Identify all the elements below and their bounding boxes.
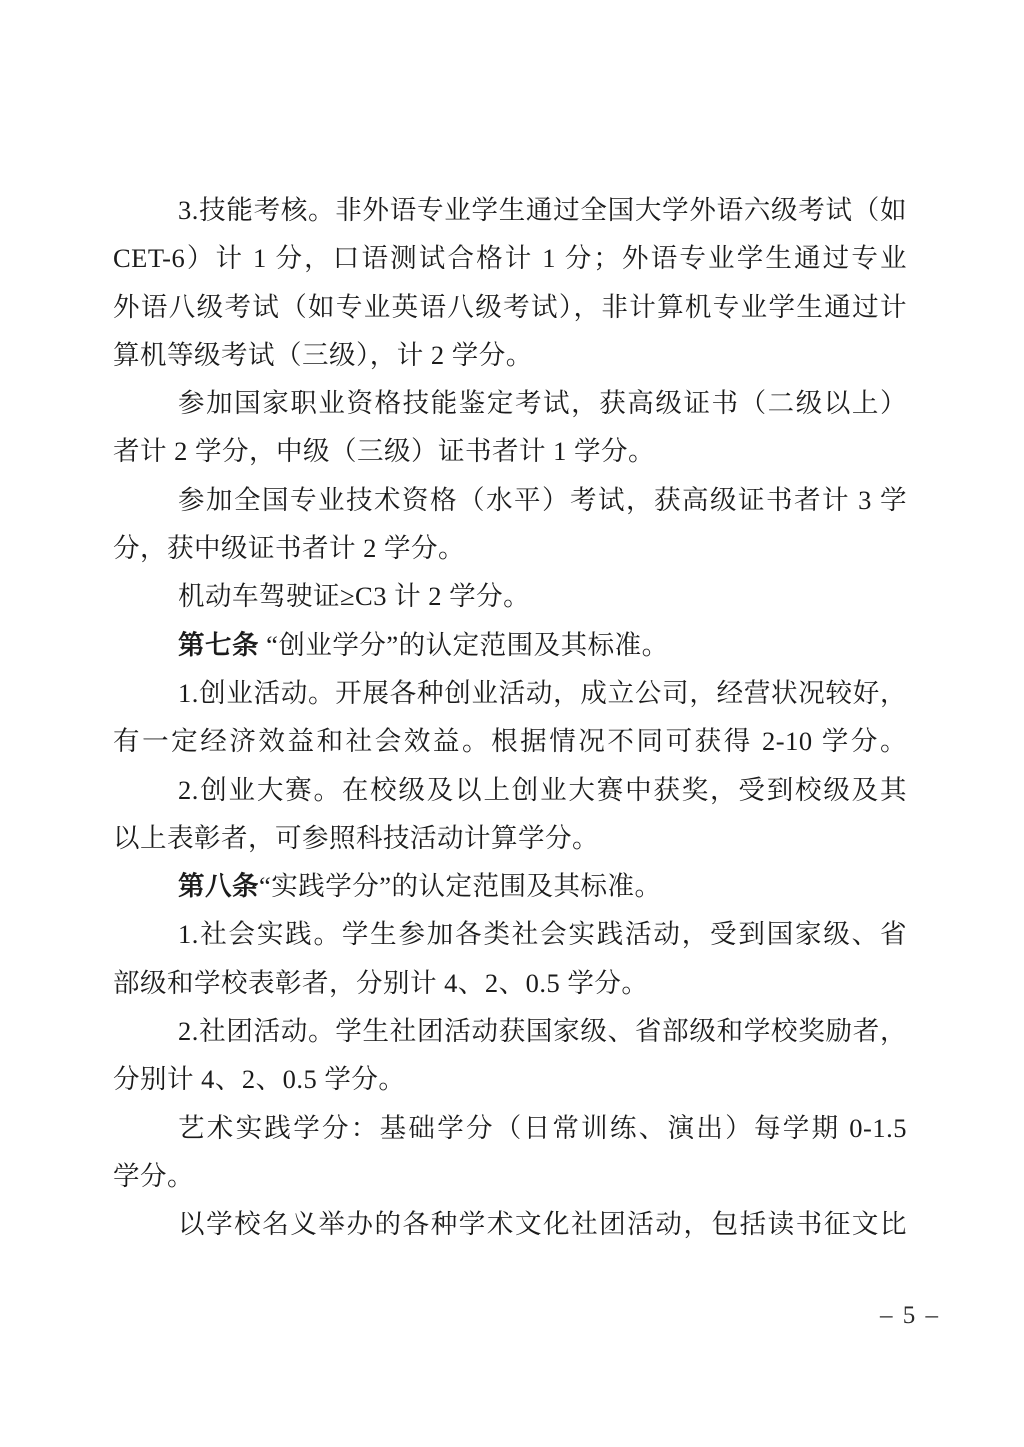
text-line: 参加全国专业技术资格（水平）考试，获高级证书者计 3 学 [113,476,907,524]
text-line: 3.技能考核。非外语专业学生通过全国大学外语六级考试（如 [113,186,907,234]
text-line: 者计 2 学分，中级（三级）证书者计 1 学分。 [113,427,907,475]
text-line: 机动车驾驶证≥C3 计 2 学分。 [113,572,907,620]
text-line: 艺术实践学分：基础学分（日常训练、演出）每学期 0-1.5 [113,1104,907,1152]
text-line: 以上表彰者，可参照科技活动计算学分。 [113,814,907,862]
text-line: 参加国家职业资格技能鉴定考试，获高级证书（二级以上） [113,379,907,427]
text-block: 3.技能考核。非外语专业学生通过全国大学外语六级考试（如CET-6）计 1 分，… [113,186,907,1249]
text-line: 分别计 4、2、0.5 学分。 [113,1055,907,1103]
text-line: 分，获中级证书者计 2 学分。 [113,524,907,572]
text-line: 1.创业活动。开展各种创业活动，成立公司，经营状况较好， [113,669,907,717]
text-line: 学分。 [113,1152,907,1200]
text-line: 以学校名义举办的各种学术文化社团活动，包括读书征文比 [113,1200,907,1248]
text-line: 1.社会实践。学生参加各类社会实践活动，受到国家级、省 [113,910,907,958]
text-line: CET-6）计 1 分，口语测试合格计 1 分；外语专业学生通过专业 [113,234,907,282]
text-line: 算机等级考试（三级），计 2 学分。 [113,331,907,379]
article-heading: 第八条 [178,871,259,901]
text-line: 2.创业大赛。在校级及以上创业大赛中获奖，受到校级及其 [113,766,907,814]
text-line: 2.社团活动。学生社团活动获国家级、省部级和学校奖励者， [113,1007,907,1055]
text-line: 部级和学校表彰者，分别计 4、2、0.5 学分。 [113,959,907,1007]
text-line: 有一定经济效益和社会效益。根据情况不同可获得 2-10 学分。 [113,717,907,765]
text-line: 外语八级考试（如专业英语八级考试），非计算机专业学生通过计 [113,283,907,331]
document-page: 3.技能考核。非外语专业学生通过全国大学外语六级考试（如CET-6）计 1 分，… [0,0,1024,1447]
text-line: 第八条“实践学分”的认定范围及其标准。 [113,862,907,910]
page-number: – 5 – [880,1302,940,1330]
article-heading: 第七条 [178,630,259,660]
text-line: 第七条 “创业学分”的认定范围及其标准。 [113,621,907,669]
